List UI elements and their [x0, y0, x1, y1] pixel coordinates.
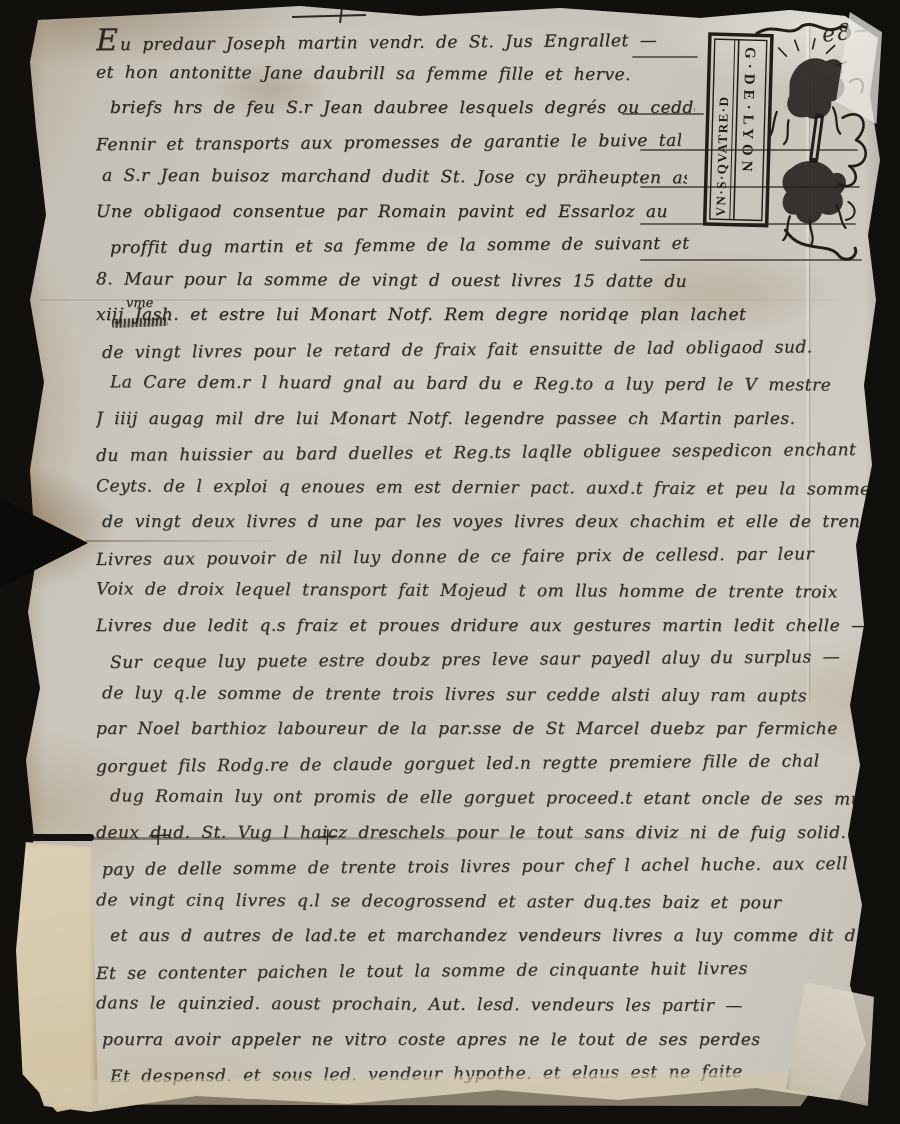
manuscript-line: de luy q.le somme de trente trois livres…	[96, 676, 868, 714]
manuscript-line: dans le quinzied. aoust prochain, Aut. l…	[96, 986, 868, 1024]
manuscript-line: pay de delle somme de trente trois livre…	[96, 847, 868, 888]
manuscript-line: de vingt cinq livres q.l se decogrossend…	[96, 883, 868, 921]
manuscript-line: et aus d autres de lad.te et marchandez …	[96, 919, 868, 954]
paper-sheet: Eu predaur Joseph martin vendr. de St. J…	[0, 0, 900, 1124]
manuscript-line: pourra avoir appeler ne vitro coste apre…	[96, 1023, 868, 1058]
manuscript-line: du man huissier au bard duelles et Reg.t…	[96, 433, 868, 474]
manuscript-line: dug Romain luy ont promis de elle gorgue…	[96, 779, 868, 817]
fold-crease-lower	[22, 837, 850, 840]
manuscript-line: gorguet fils Rodg.re de claude gorguet l…	[96, 743, 868, 784]
fold-cross-mark	[148, 826, 170, 846]
scanned-manuscript-photo: { "page": { "background_color": "#12100d…	[0, 0, 900, 1124]
manuscript-line: Sur ceque luy puete estre doubz pres lev…	[96, 640, 868, 681]
interline-insertion: vme	[126, 296, 153, 311]
top-cross-mark	[290, 6, 370, 24]
manuscript-line: Livres due ledit q.s fraiz et proues dri…	[96, 609, 868, 644]
manuscript-line: et hon antonitte Jane daubrill sa femme …	[96, 55, 681, 92]
manuscript-line: deux dud. St. Vug l haicz dreschels pour…	[96, 816, 868, 851]
manuscript-line: briefs hrs de feu S.r Jean daubree lesqu…	[96, 91, 695, 126]
manuscript-line: Fennir et transports aux promesses de ga…	[96, 123, 681, 162]
manuscript-line: par Noel barthioz laboureur de la par.ss…	[96, 712, 868, 747]
manuscript-line: Une obligaod consentue par Romain pavint…	[96, 195, 681, 230]
manuscript-line: Eu predaur Joseph martin vendr. de St. J…	[96, 20, 681, 59]
manuscript-line: Et se contenter paichen le tout la somme…	[96, 950, 868, 991]
manuscript-line: Livres aux pouvoir de nil luy donne de c…	[96, 536, 868, 577]
manuscript-line: xiij Jash. et estre lui Monart Notf. Rem…	[96, 298, 868, 333]
manuscript-line: 8. Maur pour la somme de vingt d ouest l…	[96, 262, 868, 300]
manuscript-line: a S.r Jean buisoz marchand dudit St. Jos…	[96, 159, 687, 196]
paper-flap-bottom-left	[16, 842, 98, 1112]
manuscript-line: proffit dug martin et sa femme de la som…	[96, 227, 695, 266]
manuscript-line: de vingt deux livres d une par les voyes…	[96, 505, 868, 540]
stamp-inner-band-text: G·DE·LYON	[738, 47, 758, 177]
manuscript-line: J iiij augag mil dre lui Monart Notf. le…	[96, 402, 868, 437]
stamp-outer-band-text: VN·S·QVATRE·D	[713, 95, 731, 216]
manuscript-line: Ceyts. de l exploi q enoues em est derni…	[96, 469, 868, 507]
manuscript-line: de vingt livres pour le retard de fraix …	[96, 329, 868, 370]
manuscript-line: Voix de droix lequel transport fait Moje…	[96, 572, 868, 610]
fold-slit-shadow	[22, 834, 94, 841]
manuscript-line: La Care dem.r l huard gnal au bard du e …	[96, 365, 868, 403]
